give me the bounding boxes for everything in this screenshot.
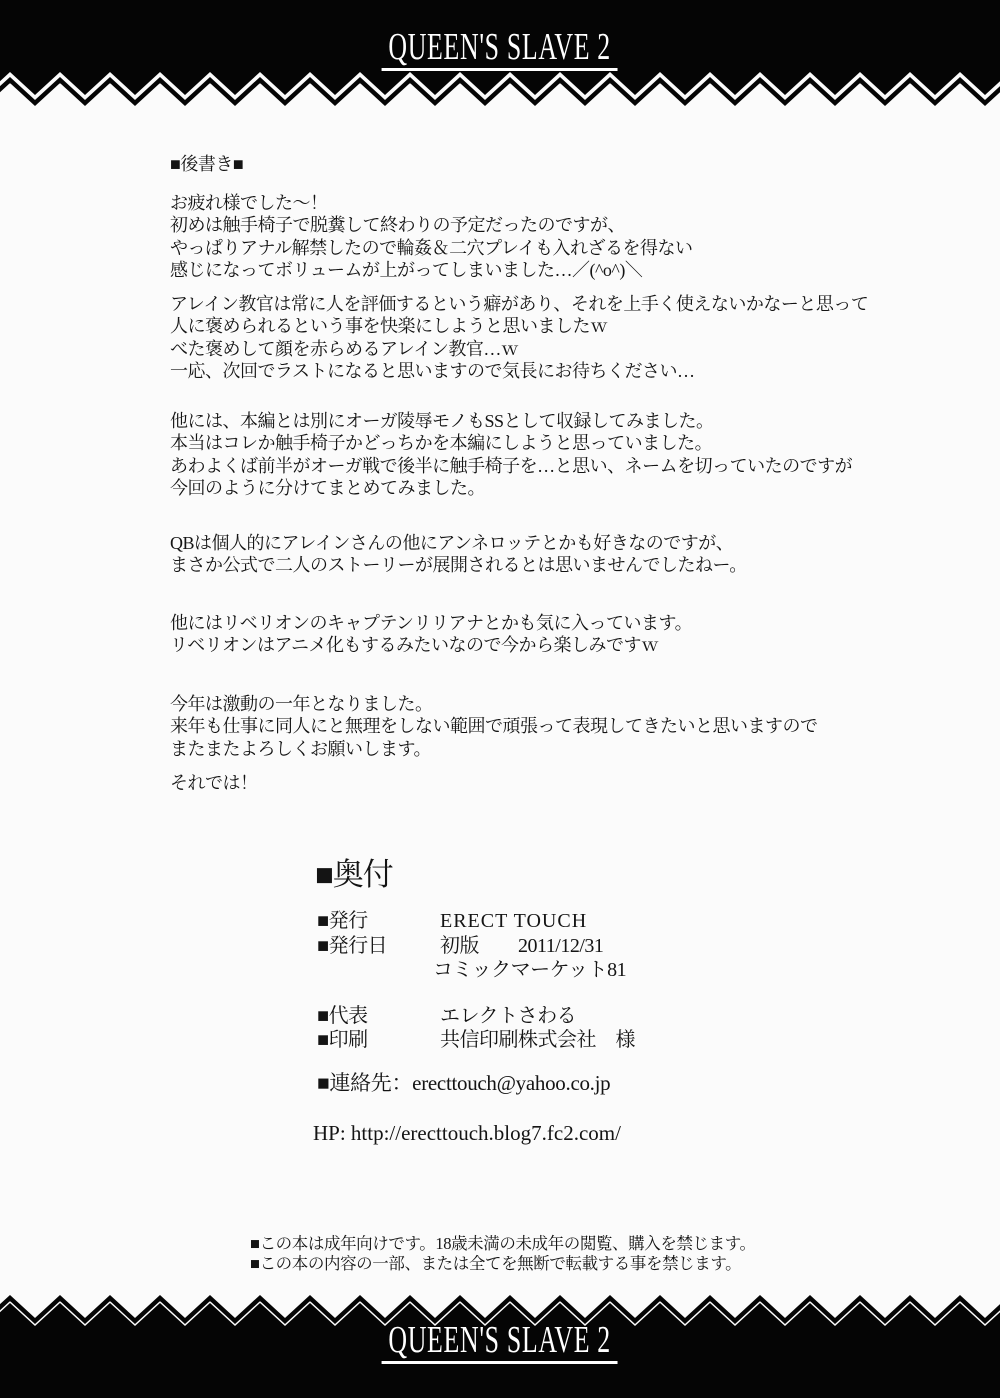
- text-line: 初めは触手椅子で脱糞して終わりの予定だったのですが、: [170, 214, 692, 236]
- text-line: 他には、本編とは別にオーガ陵辱モノもSSとして収録してみました。: [170, 410, 852, 432]
- doujin-colophon-page: QUEEN'S SLAVE 2 ■後書き■ お疲れ様でした～！ 初めは触手椅子で…: [0, 0, 1000, 1398]
- text-line: お疲れ様でした～！: [170, 192, 692, 214]
- afterword-paragraph-5: 他にはリベリオンのキャプテンリリアナとかも気に入っています。 リベリオンはアニメ…: [170, 612, 692, 657]
- text-line: アレイン教官は常に人を評価するという癖があり、それを上手く使えないかなーと思って: [170, 293, 868, 315]
- colophon-label: ■発行日: [317, 934, 440, 958]
- header-title-text: QUEEN'S SLAVE 2: [382, 28, 618, 71]
- afterword-paragraph-2: アレイン教官は常に人を評価するという癖があり、それを上手く使えないかなーと思って…: [170, 293, 868, 382]
- disclaimer-line: ■この本の内容の一部、または全てを無断で転載する事を禁じます。: [250, 1254, 756, 1274]
- text-line: リベリオンはアニメ化もするみたいなので今から楽しみですｗ: [170, 634, 692, 656]
- header-title: QUEEN'S SLAVE 2: [0, 28, 1000, 71]
- colophon-value: 共信印刷株式会社 様: [440, 1029, 635, 1051]
- colophon-label: ■代表: [317, 1004, 440, 1028]
- afterword-paragraph-1: お疲れ様でした～！ 初めは触手椅子で脱糞して終わりの予定だったのですが、 やっぱ…: [170, 192, 692, 281]
- afterword-paragraph-6: 今年は激動の一年となりました。 来年も仕事に同人にと無理をしない範囲で頑張って表…: [170, 693, 818, 760]
- colophon-label: ■発行: [317, 909, 440, 933]
- text-line: 一応、次回でラストになると思いますので気長にお待ちください…: [170, 360, 868, 382]
- text-line: べた褒めして顔を赤らめるアレイン教官…ｗ: [170, 338, 868, 360]
- colophon-row-printer: ■印刷共信印刷株式会社 様: [317, 1028, 635, 1052]
- footer-title-text: QUEEN'S SLAVE 2: [382, 1321, 618, 1364]
- disclaimer-line: ■この本は成年向けです。18歳未満の未成年の閲覧、購入を禁じます。: [250, 1234, 756, 1254]
- afterword-paragraph-3: 他には、本編とは別にオーガ陵辱モノもSSとして収録してみました。 本当はコレか触…: [170, 410, 852, 499]
- footer-title: QUEEN'S SLAVE 2: [0, 1321, 1000, 1364]
- colophon-label: ■印刷: [317, 1028, 440, 1052]
- text-line: 感じになってボリュームが上がってしまいました…／(^o^)＼: [170, 259, 692, 281]
- afterword-heading: ■後書き■: [170, 153, 243, 175]
- text-line: QBは個人的にアレインさんの他にアンネロッテとかも好きなのですが、: [170, 532, 747, 554]
- colophon-value: 初版 2011/12/31: [440, 935, 603, 957]
- colophon-row-representative: ■代表エレクトさわる: [317, 1004, 576, 1028]
- colophon-row-publisher: ■発行ERECT TOUCH: [317, 909, 587, 933]
- text-line: 来年も仕事に同人にと無理をしない範囲で頑張って表現してきたいと思いますので: [170, 715, 818, 737]
- text-line: あわよくば前半がオーガ戦で後半に触手椅子を…と思い、ネームを切っていたのですが: [170, 455, 852, 477]
- afterword-closing: それでは！: [170, 772, 258, 794]
- afterword-paragraph-4: QBは個人的にアレインさんの他にアンネロッテとかも好きなのですが、 まさか公式で…: [170, 532, 747, 577]
- text-line: まさか公式で二人のストーリーが展開されるとは思いませんでしたねー。: [170, 554, 747, 576]
- text-line: やっぱりアナル解禁したので輪姦＆二穴プレイも入れざるを得ない: [170, 237, 692, 259]
- contact-email-line: ■連絡先：erecttouch@yahoo.co.jp: [317, 1071, 610, 1096]
- text-line: またまたよろしくお願いします。: [170, 738, 818, 760]
- colophon-row-publish-date: ■発行日初版 2011/12/31: [317, 934, 603, 958]
- colophon-value: ERECT TOUCH: [440, 910, 587, 932]
- colophon-row-event: コミックマーケット81: [433, 958, 626, 982]
- text-line: 人に褒められるという事を快楽にしようと思いましたｗ: [170, 315, 868, 337]
- text-line: 本当はコレか触手椅子かどっちかを本編にしようと思っていました。: [170, 432, 852, 454]
- disclaimer: ■この本は成年向けです。18歳未満の未成年の閲覧、購入を禁じます。 ■この本の内…: [250, 1234, 756, 1274]
- text-line: 今回のように分けてまとめてみました。: [170, 477, 852, 499]
- colophon-heading: ■奥付: [315, 858, 393, 892]
- text-line: 他にはリベリオンのキャプテンリリアナとかも気に入っています。: [170, 612, 692, 634]
- text-line: それでは！: [170, 772, 258, 794]
- text-line: 今年は激動の一年となりました。: [170, 693, 818, 715]
- homepage-url-line: HP: http://erecttouch.blog7.fc2.com/: [313, 1121, 621, 1146]
- colophon-value: コミックマーケット81: [433, 959, 626, 981]
- colophon-value: エレクトさわる: [440, 1005, 576, 1027]
